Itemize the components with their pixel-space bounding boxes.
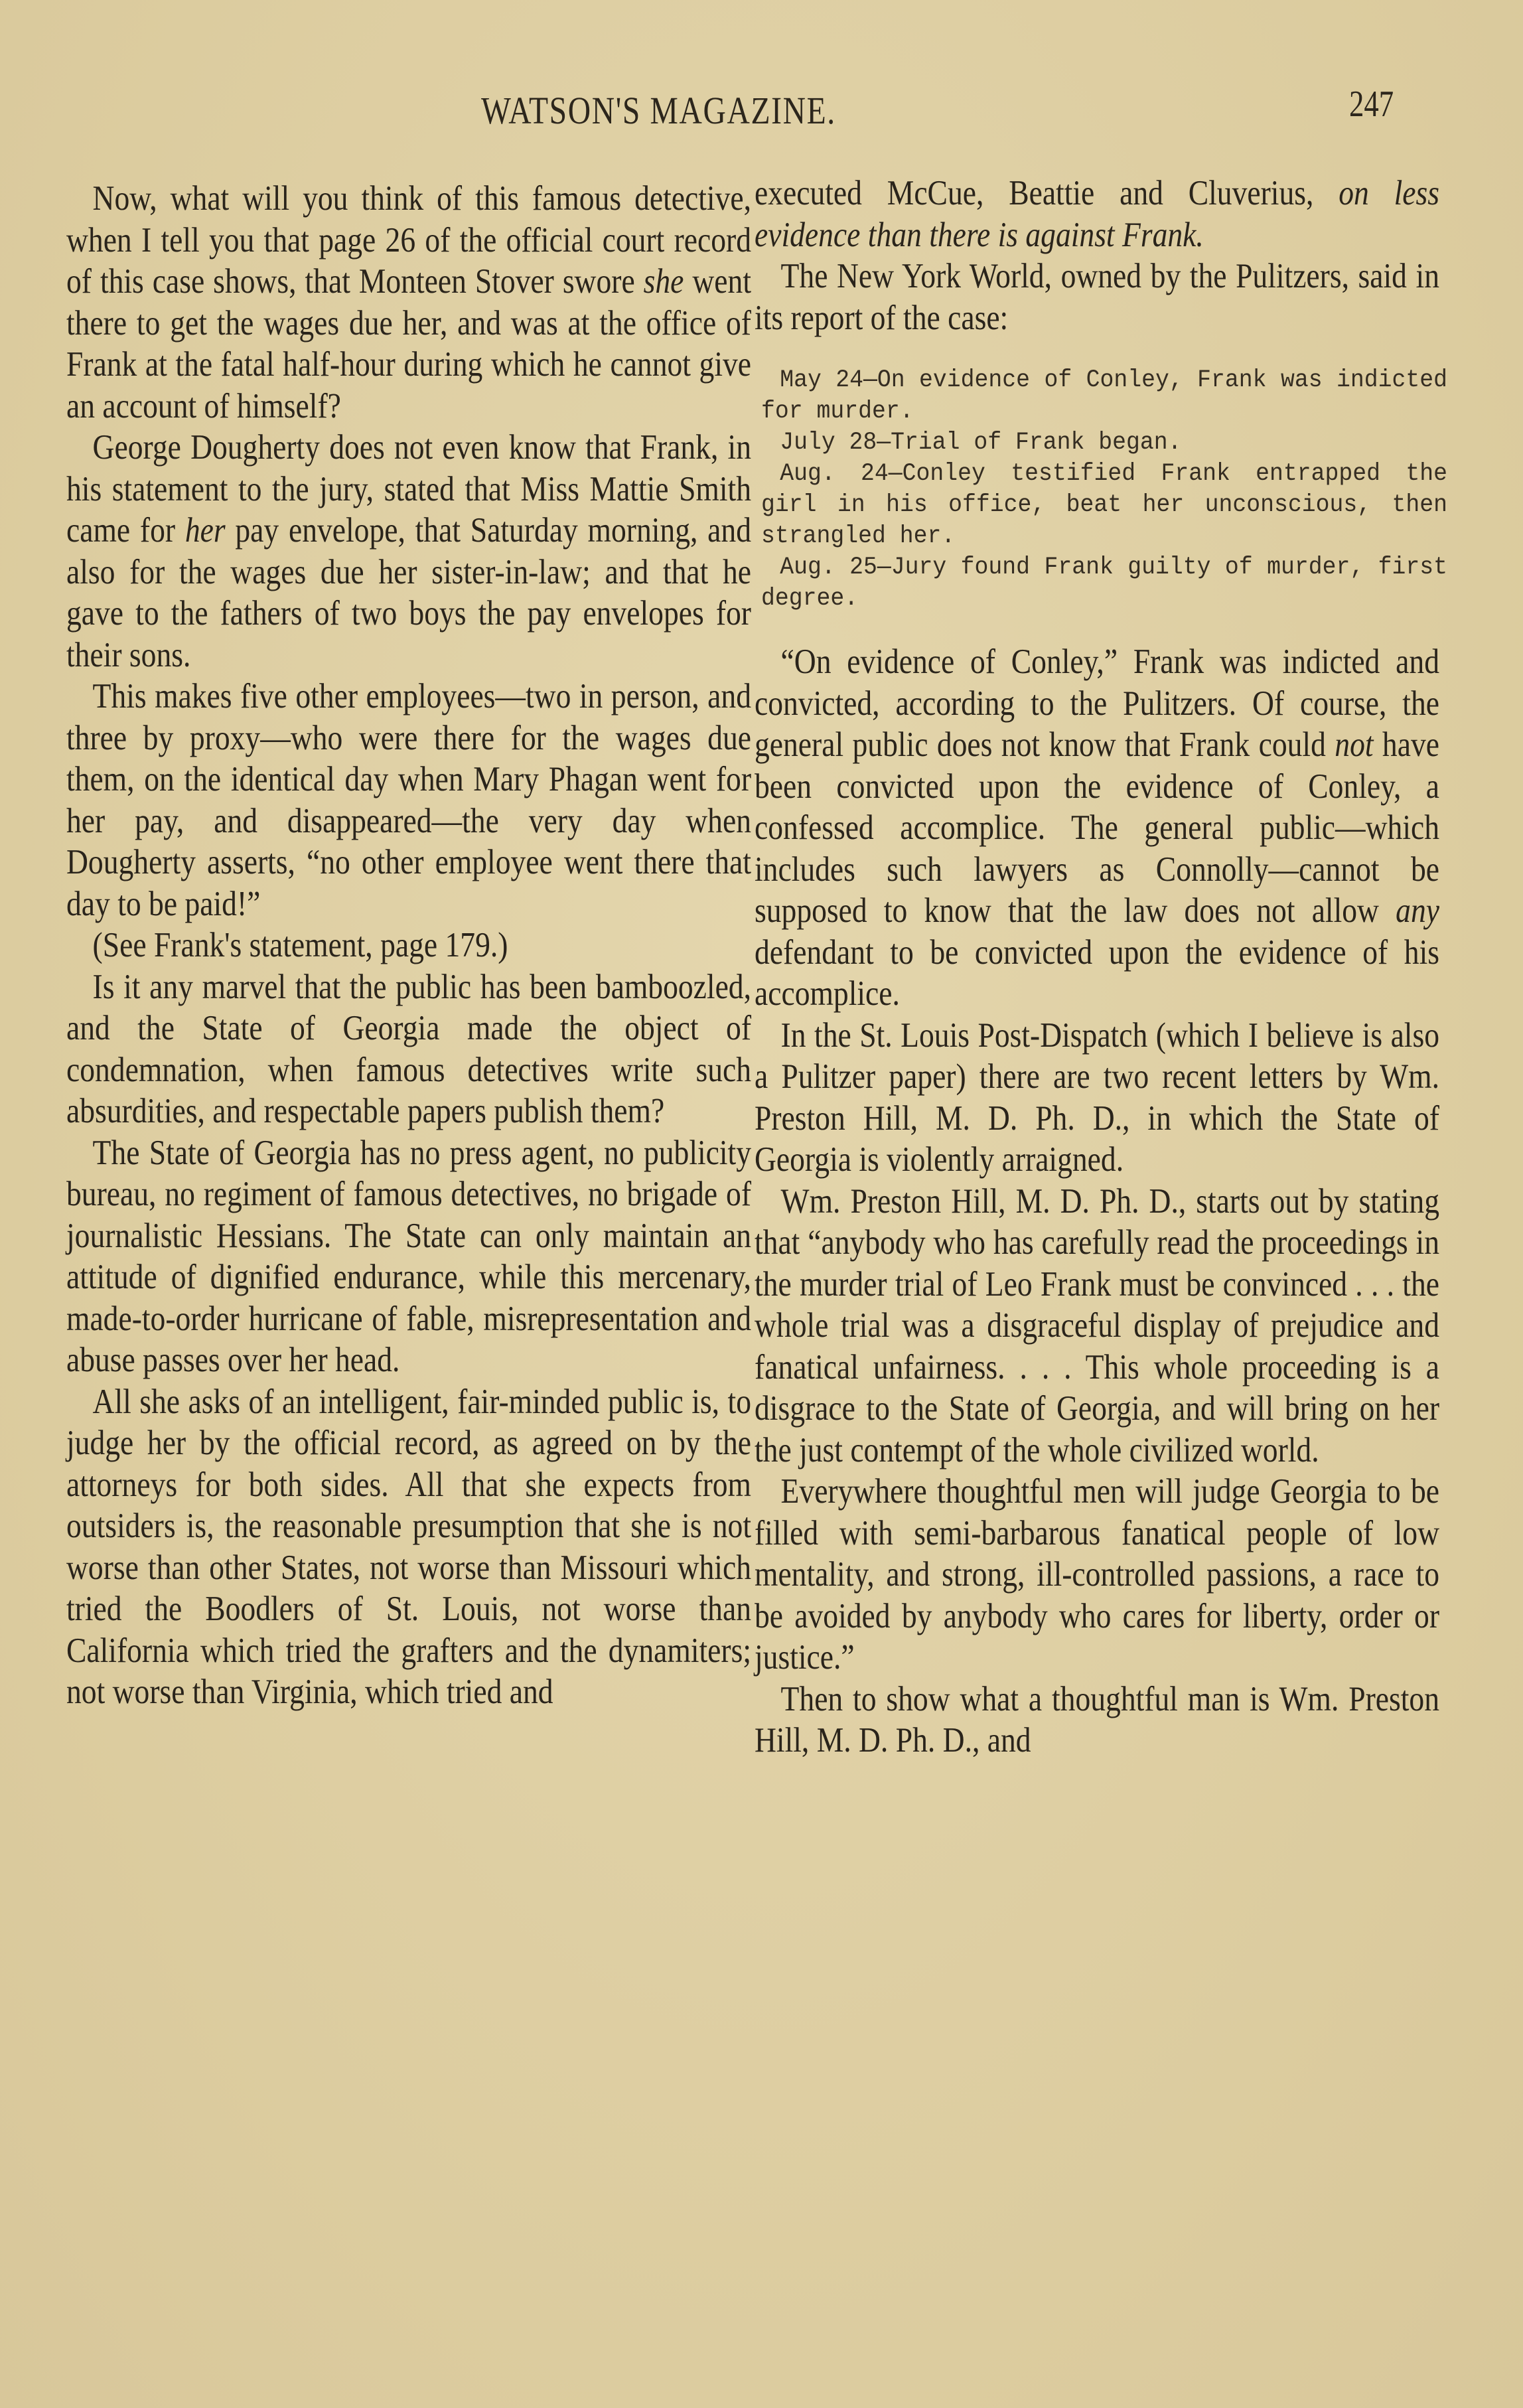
quote-entry: May 24—On evidence of Conley, Frank was … [761, 365, 1447, 427]
paragraph: “On evidence of Conley,” Frank was indic… [755, 641, 1439, 1015]
running-head: WATSON'S MAGAZINE. 247 [0, 83, 1523, 136]
paragraph: Everywhere thoughtful men will judge Geo… [755, 1471, 1439, 1679]
quote-entry: Aug. 25—Jury found Frank guilty of murde… [761, 552, 1447, 615]
citation-paragraph: (See Frank's statement, page 179.) [66, 925, 751, 966]
left-column: Now, what will you think of this famous … [66, 173, 753, 1713]
paragraph: This makes five other employees—two in p… [66, 676, 751, 925]
paragraph: The State of Georgia has no press agent,… [66, 1132, 751, 1381]
paragraph: Then to show what a thoughtful man is Wm… [755, 1679, 1439, 1762]
quote-entry: Aug. 24—Conley testified Frank entrapped… [761, 459, 1447, 552]
paragraph: George Dougherty does not even know that… [66, 427, 751, 676]
paragraph: Wm. Preston Hill, M. D. Ph. D., starts o… [755, 1181, 1439, 1471]
paragraph: The New York World, owned by the Pulitze… [755, 256, 1439, 339]
paragraph: Now, what will you think of this famous … [66, 173, 751, 427]
newspaper-quote-block: May 24—On evidence of Conley, Frank was … [761, 365, 1447, 615]
magazine-title: WATSON'S MAGAZINE. [481, 88, 836, 133]
quote-entry: July 28—Trial of Frank began. [761, 427, 1447, 459]
right-column: executed McCue, Beattie and Cluverius, o… [755, 173, 1441, 1762]
paragraph: Is it any marvel that the public has bee… [66, 966, 751, 1132]
page-number: 247 [1349, 83, 1394, 125]
paragraph: In the St. Louis Post-Dispatch (which I … [755, 1015, 1439, 1181]
paragraph: executed McCue, Beattie and Cluverius, o… [755, 173, 1439, 256]
paragraph: All she asks of an intelligent, fair-min… [66, 1381, 751, 1713]
